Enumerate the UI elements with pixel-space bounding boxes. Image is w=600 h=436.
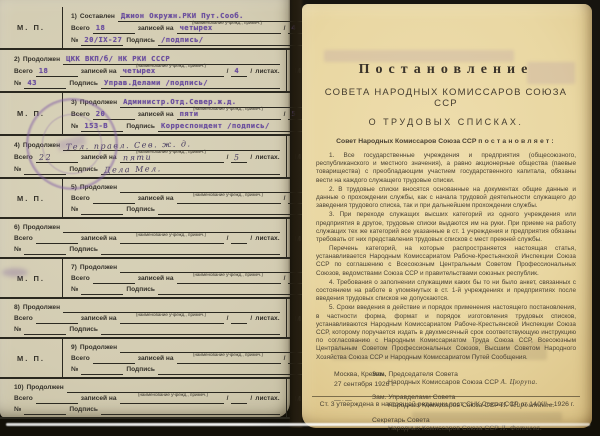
no-field <box>24 324 66 335</box>
no-label: № <box>14 165 21 175</box>
slash: / <box>250 67 252 77</box>
decree-paragraph: Перечень категорий, на которые распростр… <box>316 245 576 278</box>
section-content: 8)Продолжен(наименование учрежд., примеч… <box>0 299 286 337</box>
no-label: № <box>14 79 21 89</box>
sign-label: Подпись <box>69 405 98 415</box>
total-field <box>93 353 135 364</box>
org-field: (наименование учрежд., примеч.) <box>63 302 280 313</box>
count-word-field: четырех <box>120 65 224 77</box>
no-label: № <box>71 285 78 295</box>
sign-label: Подпись <box>69 79 98 89</box>
slash: / <box>227 314 229 324</box>
section-number: 6) <box>14 223 20 233</box>
section-verb: Продолжен <box>23 223 60 233</box>
date-line: 27 сентября 1926 г. <box>334 381 395 388</box>
total-field <box>36 233 78 244</box>
no-field <box>81 284 123 295</box>
org-field: (наименование учрежд., примеч.) <box>67 382 280 393</box>
section-number: 2) <box>14 55 20 65</box>
no-label: № <box>14 405 21 415</box>
slash: / <box>284 354 286 364</box>
no-value: 20/IX-27 <box>81 35 125 45</box>
total-label: Всего <box>14 314 33 324</box>
sign-label: Подпись <box>126 36 155 46</box>
slash: / <box>284 194 286 204</box>
signer-role: Зам. Председателя Совета <box>372 371 576 378</box>
sign-label: Подпись <box>69 325 98 335</box>
no-label: № <box>71 365 78 375</box>
form-section-9: М. П.9)Продолжен(наименование учрежд., п… <box>0 339 290 379</box>
records-row: Всегозаписей на//листах. <box>14 313 280 324</box>
footnote-rule <box>312 396 580 397</box>
records-label: записей на <box>81 67 117 77</box>
form-section-1: М. П.1)СоставленДжион Окружн.РКИ Пут.Соо… <box>0 7 290 50</box>
records-label: записей на <box>138 354 174 364</box>
records-label: записей на <box>138 110 174 120</box>
count-word-value: четырех <box>120 66 159 76</box>
count-num-field: 5 <box>231 151 247 163</box>
sign-label: Подпись <box>126 205 155 215</box>
total-field: 18 <box>36 65 78 77</box>
decree-paragraph: 1. Все государственные учреждения и пред… <box>316 152 576 185</box>
total-field <box>93 273 135 284</box>
count-word-field <box>120 313 224 324</box>
sign-field <box>101 324 280 335</box>
count-num-value: 4 <box>231 66 242 76</box>
decree-title: Постановление <box>316 62 576 78</box>
sign-field <box>101 404 280 415</box>
section-number: 10) <box>14 383 24 393</box>
records-label: записей на <box>81 394 117 404</box>
org-row: 6)Продолжен(наименование учрежд., примеч… <box>14 222 280 233</box>
decree-subject: О ТРУДОВЫХ СПИСКАХ. <box>316 117 576 127</box>
slash: / <box>250 314 252 324</box>
count-word-field <box>177 193 281 204</box>
slash: / <box>250 234 252 244</box>
seal-place-label: М. П. <box>0 259 63 297</box>
records-row: Всегозаписей на//листах. <box>14 233 280 244</box>
count-word-field <box>120 233 224 244</box>
ink-smudge <box>2 268 28 277</box>
count-num-field: 4 <box>231 65 247 77</box>
org-field: ЦКК ВКП/б/ НК РКИ СССР(наименование учре… <box>63 53 280 65</box>
org-row: 8)Продолжен(наименование учрежд., примеч… <box>14 302 280 313</box>
slash: / <box>284 24 286 34</box>
no-value: 43 <box>24 78 39 88</box>
no-field <box>24 404 66 415</box>
count-word-value: пяти <box>119 153 154 164</box>
count-word-field: четырех <box>177 22 281 34</box>
signer-org-and-name: Народных Комиссаров Союза ССР А. Цюрупа. <box>388 379 576 386</box>
sheets-label: листах. <box>255 314 279 324</box>
total-value: 18 <box>36 66 51 76</box>
sign-value: /подпись/ <box>158 35 207 45</box>
count-word-value: пяти <box>177 109 202 119</box>
total-label: Всего <box>71 274 90 284</box>
records-row: Всего18записей начетырех/4/листах. <box>14 65 280 77</box>
decree-page: Постановление СОВЕТА НАРОДНЫХ КОМИССАРОВ… <box>302 4 592 428</box>
form-sections: М. П.1)СоставленДжион Окружн.РКИ Пут.Соо… <box>0 7 290 419</box>
signer-role: Зам. Управделами Совета <box>372 394 576 401</box>
section-content: 10)Продолжен(наименование учрежд., приме… <box>0 379 286 417</box>
seal-place-label: М. П. <box>0 339 63 377</box>
slash: / <box>227 394 229 404</box>
no-field <box>24 244 66 255</box>
org-field: (наименование учрежд., примеч.) <box>63 222 280 233</box>
sign-value: Корреспондент /подпись/ <box>158 121 273 131</box>
sign-label: Подпись <box>126 122 155 132</box>
count-word-field <box>177 353 281 364</box>
table-edge-highlight <box>6 423 590 426</box>
signature-row: №43ПодписьУправ.Делами /подпись/ <box>14 77 280 89</box>
count-word-value: четырех <box>177 23 216 33</box>
sheets-label: листах. <box>255 153 279 163</box>
records-label: записей на <box>138 274 174 284</box>
no-label: № <box>14 325 21 335</box>
records-row: Всегозаписей на//листах. <box>14 393 280 404</box>
no-label: № <box>71 205 78 215</box>
total-field <box>36 393 78 404</box>
total-label: Всего <box>71 354 90 364</box>
count-num-field <box>231 393 247 404</box>
count-word-field: пяти <box>177 108 281 120</box>
total-label: Всего <box>71 24 90 34</box>
no-field: 20/IX-27 <box>81 34 123 46</box>
section-content: 2)ПродолженЦКК ВКП/б/ НК РКИ СССР(наимен… <box>0 50 286 91</box>
signature-row: №Подпись <box>14 324 280 335</box>
sign-field <box>101 244 280 255</box>
sign-value: Управ.Делами /подпись/ <box>101 78 211 88</box>
decree-paragraph: 2. В трудовые списки вносятся основанные… <box>316 186 576 211</box>
sign-field: Управ.Делами /подпись/ <box>101 77 280 89</box>
records-label: записей на <box>138 194 174 204</box>
decree-paragraph: 5. Сроки введения в действие и порядок п… <box>316 304 576 361</box>
no-label: № <box>14 245 21 255</box>
records-label: записей на <box>81 234 117 244</box>
total-field <box>36 313 78 324</box>
sheets-label: листах. <box>255 234 279 244</box>
count-num-field <box>231 313 247 324</box>
section-number: 4) <box>14 141 20 151</box>
section-number: 9) <box>71 343 77 353</box>
slash: / <box>284 274 286 284</box>
count-word-field: пяти <box>120 151 224 163</box>
count-word-field <box>177 273 281 284</box>
section-verb: Продолжен <box>23 55 60 65</box>
sign-label: Подпись <box>126 365 155 375</box>
signature-row: №Подпись <box>14 244 280 255</box>
section-number: 1) <box>71 12 77 22</box>
signer-name: А. Цюрупа. <box>501 379 538 386</box>
signature-row: №Подпись <box>14 404 280 415</box>
sign-label: Подпись <box>126 285 155 295</box>
total-field: 18 <box>93 22 135 34</box>
sign-field: Дела Мел. <box>101 163 280 175</box>
form-section-7: М. П.7)Продолжен(наименование учрежд., п… <box>0 259 290 299</box>
total-label: Всего <box>71 194 90 204</box>
section-verb: Продолжен <box>27 383 64 393</box>
section-verb: Продолжен <box>80 343 117 353</box>
sheets-label: листах. <box>255 394 279 404</box>
total-label: Всего <box>14 234 33 244</box>
section-verb: Продолжен <box>23 303 60 313</box>
total-value: 18 <box>93 23 108 33</box>
total-label: Всего <box>14 67 33 77</box>
no-field <box>81 364 123 375</box>
org-row: 2)ПродолженЦКК ВКП/б/ НК РКИ СССР(наимен… <box>14 53 280 65</box>
decree-paragraph: 4. Требования о заполнении служащими как… <box>316 279 576 304</box>
count-word-field <box>120 393 224 404</box>
sign-label: Подпись <box>69 245 98 255</box>
footnote: Ст. 3 утверждена в настоящей редакции по… <box>308 401 586 408</box>
total-field <box>93 193 135 204</box>
slash: / <box>227 67 229 77</box>
form-section-6: М. П.6)Продолжен(наименование учрежд., п… <box>0 219 290 259</box>
decree-lead-verb: постановляет: <box>478 138 556 145</box>
slash: / <box>250 394 252 404</box>
no-field <box>81 204 123 215</box>
decree-subtitle: СОВЕТА НАРОДНЫХ КОМИССАРОВ СОЮЗА ССР <box>316 87 576 109</box>
sheets-label: листах. <box>255 67 279 77</box>
org-row: 10)Продолжен(наименование учрежд., приме… <box>14 382 280 393</box>
form-section-5: М. П.5)Продолжен(наименование учрежд., п… <box>0 179 290 219</box>
total-label: Всего <box>14 394 33 404</box>
section-number: 8) <box>14 303 20 313</box>
count-num-field <box>231 233 247 244</box>
section-verb: Составлен <box>80 12 115 22</box>
section-verb: Продолжен <box>80 263 117 273</box>
slash: / <box>250 153 252 163</box>
decree-lead: Совет Народных Комиссаров Союза ССР пост… <box>316 138 576 145</box>
form-section-10: М. П.10)Продолжен(наименование учрежд., … <box>0 379 290 419</box>
work-list-form-page: М. П.1)СоставленДжион Окружн.РКИ Пут.Соо… <box>0 0 290 418</box>
no-field: 43 <box>24 77 66 89</box>
decree-lead-text: Совет Народных Комиссаров Союза ССР <box>336 138 476 145</box>
section-content: 6)Продолжен(наименование учрежд., примеч… <box>0 219 286 257</box>
form-section-8: М. П.8)Продолжен(наименование учрежд., п… <box>0 299 290 339</box>
slash: / <box>284 110 286 120</box>
records-label: записей на <box>81 314 117 324</box>
records-label: записей на <box>138 24 174 34</box>
no-label: № <box>71 36 78 46</box>
decree-paragraphs: 1. Все государственные учреждения и пред… <box>316 152 576 362</box>
count-num-value: 5 <box>231 153 244 163</box>
slash: / <box>227 153 229 163</box>
decree-paragraph: 3. При переходе служащих высших категори… <box>316 211 576 244</box>
form-section-2: М. П.2)ПродолженЦКК ВКП/б/ НК РКИ СССР(н… <box>0 50 290 93</box>
slash: / <box>227 234 229 244</box>
bleed-through-mark <box>324 50 514 62</box>
section-number: 7) <box>71 263 77 273</box>
place-line: Москва, Кремль, <box>334 371 387 378</box>
seal-place-label: М. П. <box>0 7 63 48</box>
